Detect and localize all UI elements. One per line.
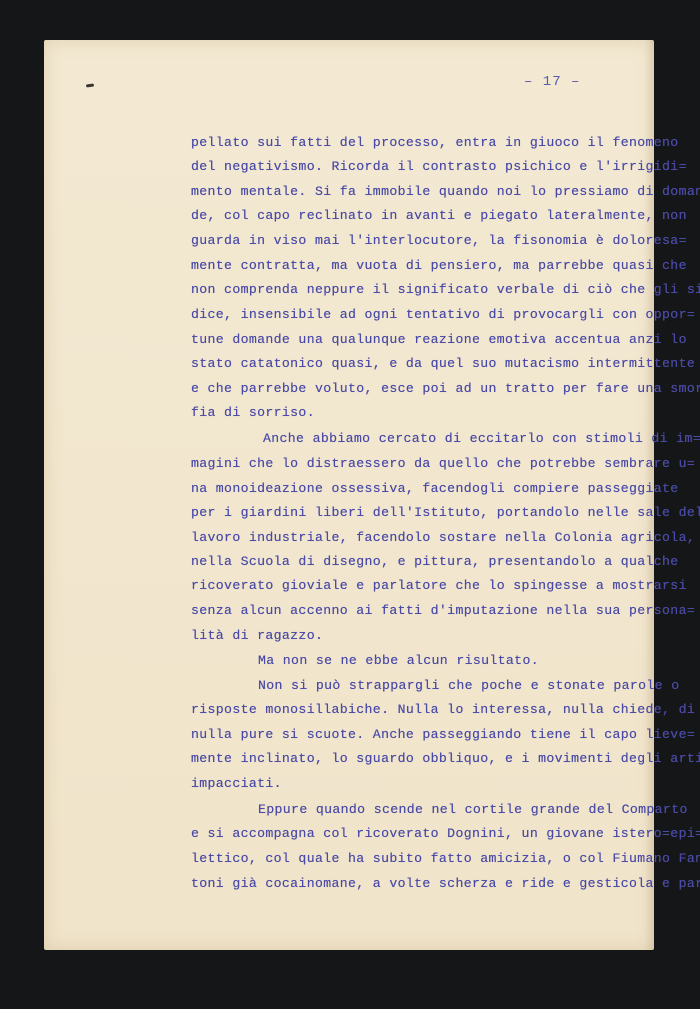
text-line: de, col capo reclinato in avanti e piega…: [191, 208, 687, 223]
text-line: Anche abbiamo cercato di eccitarlo con s…: [263, 431, 700, 446]
text-line: lità di ragazzo.: [191, 628, 323, 643]
text-line: pellato sui fatti del processo, entra in…: [191, 135, 679, 150]
text-line: Eppure quando scende nel cortile grande …: [258, 802, 688, 817]
text-line: toni già cocainomane, a volte scherza e …: [191, 876, 700, 891]
text-line: nulla pure si scuote. Anche passeggiando…: [191, 727, 695, 742]
text-line: lavoro industriale, facendolo sostare ne…: [191, 530, 695, 545]
text-line: dice, insensibile ad ogni tentativo di p…: [191, 307, 695, 322]
text-line: impacciati.: [191, 776, 282, 791]
text-line: fia di sorriso.: [191, 405, 315, 420]
text-line: magini che lo distraessero da quello che…: [191, 456, 695, 471]
text-line: mento mentale. Si fa immobile quando noi…: [191, 184, 700, 199]
text-line: e si accompagna col ricoverato Dognini, …: [191, 826, 700, 841]
page-number: – 17 –: [524, 74, 580, 90]
text-line: Non si può strappargli che poche e stona…: [258, 678, 679, 693]
text-line: per i giardini liberi dell'Istituto, por…: [191, 505, 700, 520]
text-line: guarda in viso mai l'interlocutore, la f…: [191, 233, 687, 248]
text-line: na monoideazione ossessiva, facendogli c…: [191, 481, 679, 496]
text-line: lettico, col quale ha subito fatto amici…: [191, 851, 700, 866]
text-line: risposte monosillabiche. Nulla lo intere…: [191, 702, 695, 717]
text-line: ricoverato gioviale e parlatore che lo s…: [191, 578, 687, 593]
text-line: tune domande una qualunque reazione emot…: [191, 332, 687, 347]
text-line: stato catatonico quasi, e da quel suo mu…: [191, 356, 695, 371]
text-line: mente inclinato, lo sguardo obbliquo, e …: [191, 751, 700, 766]
text-line: Ma non se ne ebbe alcun risultato.: [258, 653, 539, 668]
text-line: mente contratta, ma vuota di pensiero, m…: [191, 258, 687, 273]
text-line: nella Scuola di disegno, e pittura, pres…: [191, 554, 679, 569]
text-line: senza alcun accenno ai fatti d'imputazio…: [191, 603, 695, 618]
text-line: del negativismo. Ricorda il contrasto ps…: [191, 159, 687, 174]
text-line: non comprenda neppure il significato ver…: [191, 282, 700, 297]
text-line: e che parrebbe voluto, esce poi ad un tr…: [191, 381, 700, 396]
